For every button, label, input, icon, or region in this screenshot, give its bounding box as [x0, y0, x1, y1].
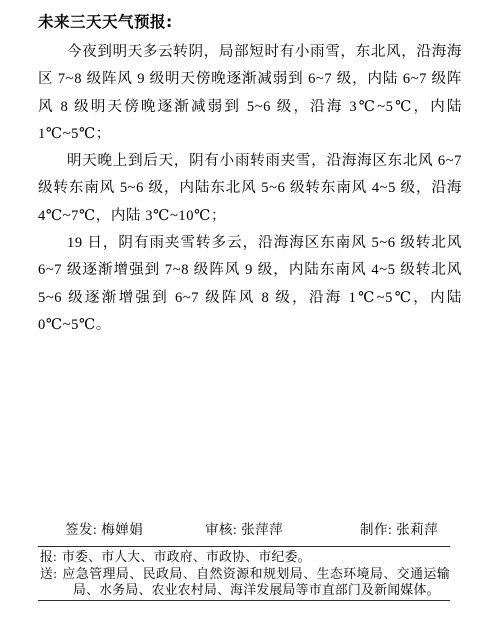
distribution-block: 报:市委、市人大、市政府、市政协、市纪委。 送:应急管理局、民政局、自然资源和规… — [38, 547, 450, 600]
reviewer-field: 审核:张萍萍 — [205, 521, 360, 539]
maker-field: 制作:张莉萍 — [360, 521, 438, 539]
divider-bottom — [38, 600, 450, 601]
maker-name: 张莉萍 — [396, 522, 438, 537]
document-footer: 签发:梅婵娟 审核:张萍萍 制作:张莉萍 报:市委、市人大、市政府、市政协、市纪… — [38, 521, 450, 601]
report-label: 报: — [40, 550, 57, 564]
maker-label: 制作: — [360, 522, 392, 537]
forecast-paragraph-tonight-tomorrow: 今夜到明天多云转阴，局部短时有小雨雪，东北风，沿海海区 7~8 级阵风 9 级明… — [38, 39, 462, 148]
issuer-name: 梅婵娟 — [101, 522, 143, 537]
forecast-paragraph-day19: 19 日，阴有雨夹雪转多云，沿海海区东南风 5~6 级转北风 6~7 级逐渐增强… — [38, 230, 462, 339]
reviewer-name: 张萍萍 — [241, 522, 283, 537]
issuer-label: 签发: — [65, 522, 97, 537]
report-text: 市委、市人大、市政府、市政协、市纪委。 — [62, 550, 311, 564]
forecast-paragraph-tomorrow-night: 明天晚上到后天，阴有小雨转雨夹雪，沿海海区东北风 6~7 级转东南风 5~6 级… — [38, 148, 462, 230]
send-text: 应急管理局、民政局、自然资源和规划局、生态环境局、交通运输局、水务局、农业农村局… — [62, 567, 450, 598]
reviewer-label: 审核: — [205, 522, 237, 537]
document-page: 未来三天天气预报: 今夜到明天多云转阴，局部短时有小雨雪，东北风，沿海海区 7~… — [0, 0, 498, 622]
document-title: 未来三天天气预报: — [38, 11, 462, 33]
send-line: 送:应急管理局、民政局、自然资源和规划局、生态环境局、交通运输局、水务局、农业农… — [40, 566, 450, 599]
issuer-field: 签发:梅婵娟 — [65, 521, 205, 539]
send-label: 送: — [40, 567, 57, 581]
forecast-body: 未来三天天气预报: 今夜到明天多云转阴，局部短时有小雨雪，东北风，沿海海区 7~… — [38, 11, 462, 339]
report-line: 报:市委、市人大、市政府、市政协、市纪委。 — [40, 549, 450, 566]
signature-row: 签发:梅婵娟 审核:张萍萍 制作:张莉萍 — [38, 521, 450, 546]
